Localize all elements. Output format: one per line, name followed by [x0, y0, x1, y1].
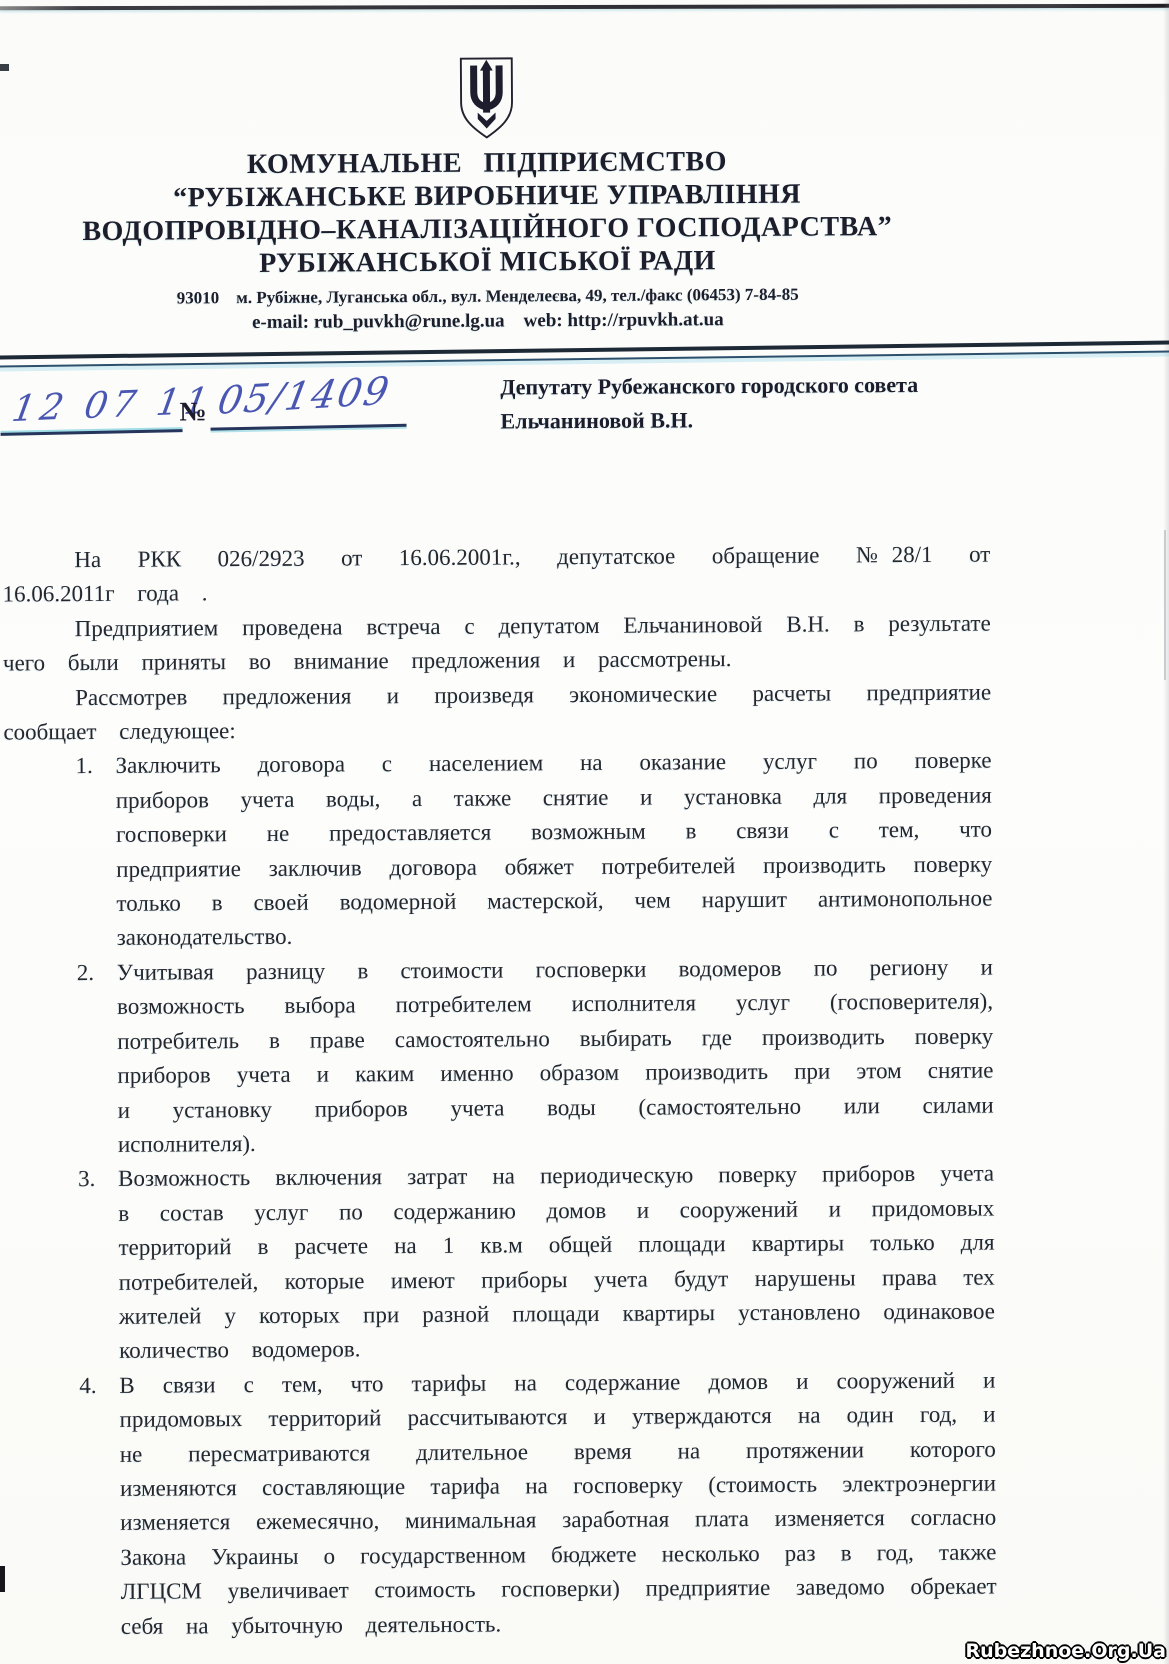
org-name-line4: РУБІЖАНСЬКОЇ МІСЬКОЇ РАДИ [0, 243, 978, 282]
list-item-4: 4. В связи с тем, что тарифы на содержан… [7, 1363, 997, 1644]
list-item-3: 3. Возможность включения затрат на перио… [6, 1157, 995, 1369]
addressee-line2: Ельчаниновой В.Н. [500, 402, 918, 439]
org-name-line3: ВОДОПРОВІДНО–КАНАЛІЗАЦІЙНОГО ГОСПОДАРСТВ… [0, 210, 977, 249]
list-item-text: Заключить договора с населением на оказа… [116, 748, 993, 950]
addressee-line1: Депутату Рубежанского городского совета [500, 368, 918, 405]
list-item-2: 2. Учитывая разницу в стоимости госповер… [5, 950, 994, 1162]
body-paragraph-2: Предприятием проведена встреча с депутат… [3, 606, 991, 681]
body-paragraph-1: На РКК 026/2923 от 16.06.2001г., депутат… [2, 538, 990, 613]
scan-left-mark-bottom [0, 1566, 5, 1592]
number-underline [211, 424, 407, 431]
letter-content: КОМУНАЛЬНЕ ПІДПРИЄМСТВО “РУБІЖАНСЬКЕ ВИР… [0, 0, 1169, 1664]
list-item-number: 1. [76, 749, 93, 784]
list-item-1: 1. Заключить договора с населением на ок… [4, 744, 993, 956]
numbered-list: 1. Заключить договора с населением на ок… [4, 744, 997, 1645]
date-underline [1, 429, 183, 436]
list-item-number: 4. [79, 1369, 96, 1404]
ukraine-trident-icon [454, 56, 519, 140]
body-paragraph-3: Рассмотрев предложения и произведя эконо… [3, 675, 991, 750]
number-sign: № [179, 396, 206, 427]
handwritten-outgoing-number: 05/1409 [214, 368, 394, 423]
list-item-number: 3. [78, 1162, 95, 1197]
reference-row: 12 07 11 № 05/1409 Депутату Рубежанского… [0, 355, 1119, 557]
org-address: 93010 м. Рубіжне, Луганська обл., вул. М… [0, 283, 978, 310]
site-watermark: Rubezhnoe.Org.Ua [965, 1640, 1166, 1662]
list-item-text: Возможность включения затрат на периодич… [118, 1161, 995, 1363]
scanned-letter-page: КОМУНАЛЬНЕ ПІДПРИЄМСТВО “РУБІЖАНСЬКЕ ВИР… [0, 0, 1169, 1664]
org-contacts: e-mail: rub_puvkh@rune.lg.ua web: http:/… [0, 308, 978, 336]
list-item-text: В связи с тем, что тарифы на содержание … [119, 1367, 996, 1638]
letterhead: КОМУНАЛЬНЕ ПІДПРИЄМСТВО “РУБІЖАНСЬКЕ ВИР… [0, 54, 978, 336]
letter-body: На РКК 026/2923 от 16.06.2001г., депутат… [2, 538, 997, 1645]
addressee-block: Депутату Рубежанского городского совета … [500, 368, 918, 439]
list-item-number: 2. [77, 956, 94, 991]
list-item-text: Учитывая разницу в стоимости госповерки … [117, 954, 994, 1156]
